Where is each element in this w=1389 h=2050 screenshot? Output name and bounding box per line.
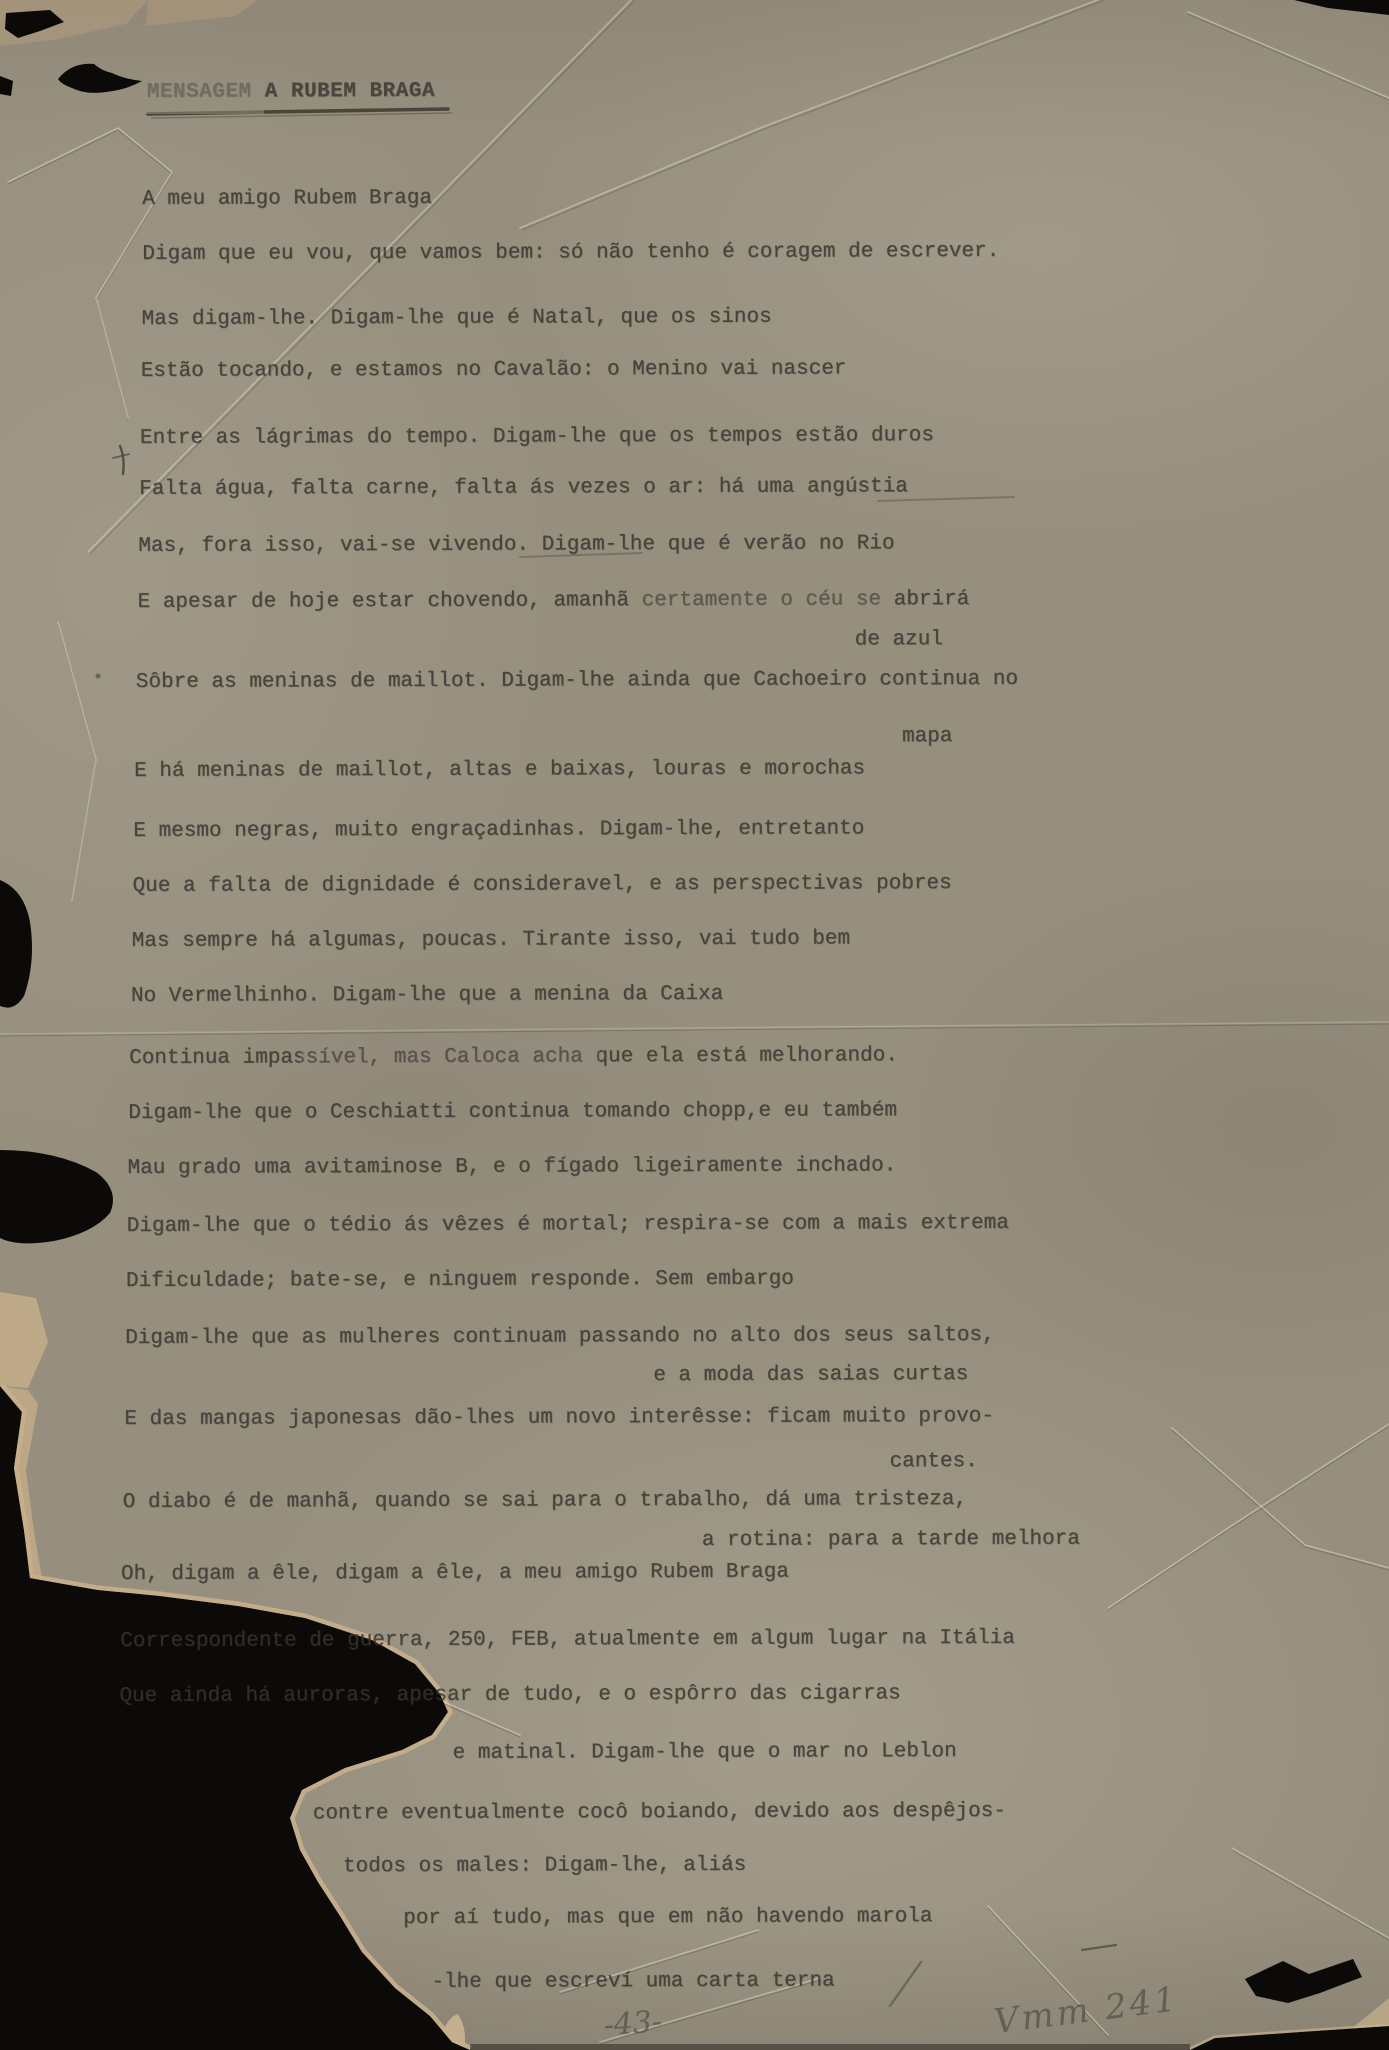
- text-line-torn: contre eventualmente cocô boiando, devid…: [313, 1799, 1006, 1827]
- text-line: Mas sempre há algumas, poucas. Tirante i…: [132, 926, 850, 955]
- text-line: Digam-lhe que o tédio ás vêzes é mortal;…: [127, 1211, 1009, 1240]
- text-line: E há meninas de maillot, altas e baixas,…: [134, 756, 865, 785]
- text-line-indent: e a moda das saias curtas: [653, 1362, 968, 1389]
- handwritten-page-number: -43-: [602, 2004, 663, 2043]
- text-line-torn: todos os males: Digam-lhe, aliás: [343, 1853, 746, 1880]
- text-line: Que a falta de dignidade é consideravel,…: [133, 871, 952, 900]
- text-line: Correspondente de guerra, 250, FEB, atua…: [120, 1626, 1015, 1655]
- text-line-torn: -lhe que escreví uma carta terna: [431, 1969, 834, 1996]
- document-title: MENSAGEM A RUBEM BRAGA: [147, 79, 435, 106]
- text-line: Falta água, falta carne, falta ás vezes …: [139, 474, 908, 503]
- text-line-indent: a rotina: para a tarde melhora: [702, 1527, 1080, 1554]
- text-line: No Vermelhinho. Digam-lhe que a menina d…: [131, 982, 723, 1010]
- handwritten-annotation: Vmm 241: [992, 1979, 1181, 2042]
- text-line-torn: e matinal. Digam-lhe que o mar no Leblon: [453, 1739, 957, 1767]
- text-line: O diabo é de manhã, quando se sai para o…: [123, 1487, 967, 1516]
- text-line: Dificuldade; bate-se, e ninguem responde…: [126, 1267, 794, 1295]
- text-line: Que ainda há auroras, apesar de tudo, e …: [119, 1681, 900, 1710]
- text-line: Entre as lágrimas do tempo. Digam-lhe qu…: [140, 423, 934, 452]
- text-line: Mas digam-lhe. Digam-lhe que é Natal, qu…: [142, 305, 772, 333]
- text-line: Estão tocando, e estamos no Cavalão: o M…: [141, 356, 847, 384]
- text-line: E mesmo negras, muito engraçadinhas. Dig…: [133, 816, 864, 845]
- text-line: E apesar de hoje estar chovendo, amanhã …: [138, 587, 970, 616]
- text-line-indent: mapa: [902, 724, 953, 750]
- text-line: Oh, digam a êle, digam a êle, a meu amig…: [121, 1560, 789, 1588]
- text-line-torn: por aí tudo, mas que em não havendo maro…: [403, 1904, 932, 1932]
- text-line: Digam-lhe que o Ceschiatti continua toma…: [128, 1098, 897, 1127]
- text-line: Digam que eu vou, que vamos bem: só não …: [142, 239, 999, 268]
- text-line: E das mangas japonesas dão-lhes um novo …: [124, 1404, 994, 1433]
- text-line: A meu amigo Rubem Braga: [142, 186, 432, 213]
- text-line-indent: de azul: [855, 627, 943, 653]
- text-line: Continua impassível, mas Caloca acha que…: [129, 1043, 898, 1072]
- text-line-indent: cantes.: [890, 1449, 978, 1475]
- text-line: Mas, fora isso, vai-se vivendo. Digam-lh…: [138, 531, 894, 560]
- typewritten-text: MENSAGEM A RUBEM BRAGA A meu amigo Rubem…: [0, 0, 1389, 2050]
- text-line: Mau grado uma avitaminose B, e o fígado …: [128, 1153, 897, 1182]
- scanned-document-photo: MENSAGEM A RUBEM BRAGA A meu amigo Rubem…: [0, 0, 1389, 2050]
- text-line: Sôbre as meninas de maillot. Digam-lhe a…: [136, 667, 1018, 696]
- text-line: Digam-lhe que as mulheres continuam pass…: [125, 1323, 995, 1352]
